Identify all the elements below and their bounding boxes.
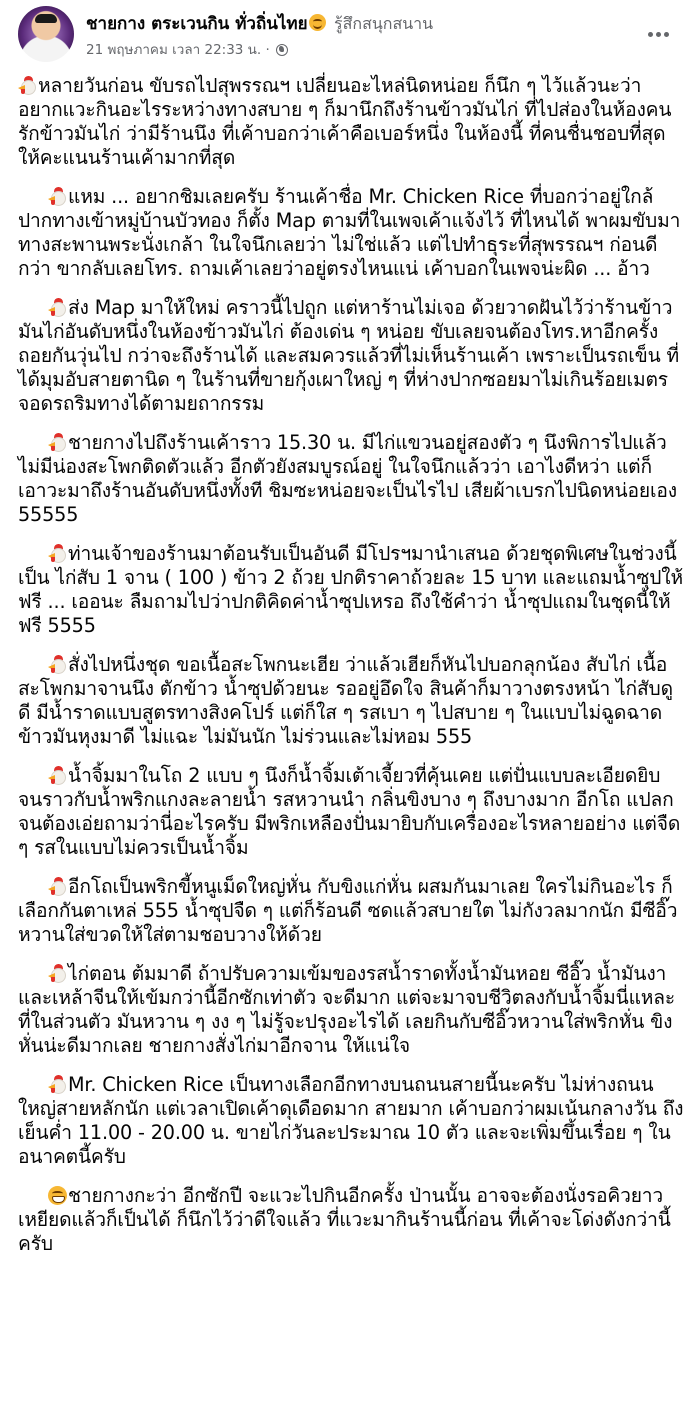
rooster-icon (48, 655, 67, 674)
post-paragraph: ไก่ตอน ต้มมาดี ถ้าปรับความเข้มของรสน้ำรา… (18, 962, 684, 1058)
post-paragraph: ชายกางไปถึงร้านเค้าราว 15.30 น. มีไก่แขว… (18, 431, 684, 527)
paragraph-text: ไก่ตอน ต้มมาดี ถ้าปรับความเข้มของรสน้ำรา… (18, 962, 675, 1057)
rooster-icon (48, 766, 67, 785)
post-meta: 21 พฤษภาคม เวลา 22:33 น. · (86, 38, 288, 60)
post-paragraph: Mr. Chicken Rice เป็นทางเลือกอีกทางบนถนน… (18, 1073, 684, 1169)
paragraph-text: ชายกางไปถึงร้านเค้าราว 15.30 น. มีไก่แขว… (18, 431, 677, 526)
post-paragraph: ชายกางกะว่า อีกซักปี จะแวะไปกินอีกครั้ง … (18, 1184, 684, 1256)
rooster-icon (48, 544, 67, 563)
globe-icon[interactable] (276, 44, 288, 56)
post-paragraph: หลายวันก่อน ขับรถไปสุพรรณฯ เปลี่ยนอะไหล่… (18, 74, 684, 170)
paragraph-text: ส่ง Map มาให้ใหม่ คราวนี้ไปถูก แต่หาร้าน… (18, 296, 679, 415)
paragraph-text: Mr. Chicken Rice เป็นทางเลือกอีกทางบนถนน… (18, 1073, 683, 1168)
dot-icon (664, 32, 669, 37)
rooster-icon (48, 298, 67, 317)
avatar-hair (35, 14, 57, 23)
post-paragraph: ท่านเจ้าของร้านมาต้อนรับเป็นอันดี มีโปรฯ… (18, 542, 684, 638)
paragraph-text: อีกโถเป็นพริกขี้หนูเม็ดใหญ่หั่น กับขิงแก… (18, 875, 677, 946)
author-name[interactable]: ชายกาง ตระเวนกิน ทั่วถิ่นไทย (86, 14, 308, 34)
rooster-icon (48, 964, 67, 983)
post-timestamp[interactable]: 21 พฤษภาคม เวลา 22:33 น. (86, 42, 261, 58)
feeling-text: รู้สึกสนุกสนาน (334, 14, 433, 33)
dot-icon (648, 32, 653, 37)
post-paragraph: อีกโถเป็นพริกขี้หนูเม็ดใหญ่หั่น กับขิงแก… (18, 875, 684, 947)
smiling-face-icon (309, 14, 326, 31)
rooster-icon (48, 877, 67, 896)
paragraph-text: ชายกางกะว่า อีกซักปี จะแวะไปกินอีกครั้ง … (18, 1184, 671, 1255)
paragraph-text: สั่งไปหนึ่งชุด ขอเนื้อสะโพกนะเฮีย ว่าแล้… (18, 653, 673, 748)
rooster-icon (18, 76, 37, 95)
paragraph-text: หลายวันก่อน ขับรถไปสุพรรณฯ เปลี่ยนอะไหล่… (18, 74, 671, 169)
author-line: ชายกาง ตระเวนกิน ทั่วถิ่นไทย รู้สึกสนุกส… (86, 10, 433, 37)
paragraph-text: น้ำจิ้มมาในโถ 2 แบบ ๆ นึงก็น้ำจิ้มเต้าเจ… (18, 764, 680, 859)
rooster-icon (48, 1075, 67, 1094)
paragraph-text: แหม ... อยากชิมเลยครับ ร้านเค้าชื่อ Mr. … (18, 185, 680, 280)
post-header: ชายกาง ตระเวนกิน ทั่วถิ่นไทย รู้สึกสนุกส… (0, 0, 700, 66)
grinning-face-icon (48, 1186, 67, 1205)
meta-separator: · (261, 42, 274, 58)
post-paragraph: แหม ... อยากชิมเลยครับ ร้านเค้าชื่อ Mr. … (18, 185, 684, 281)
dot-icon (656, 32, 661, 37)
post-paragraph: สั่งไปหนึ่งชุด ขอเนื้อสะโพกนะเฮีย ว่าแล้… (18, 653, 684, 749)
post-paragraph: ส่ง Map มาให้ใหม่ คราวนี้ไปถูก แต่หาร้าน… (18, 296, 684, 416)
facebook-post: ชายกาง ตระเวนกิน ทั่วถิ่นไทย รู้สึกสนุกส… (0, 0, 700, 1256)
paragraph-text: ท่านเจ้าของร้านมาต้อนรับเป็นอันดี มีโปรฯ… (18, 542, 683, 637)
post-paragraph: น้ำจิ้มมาในโถ 2 แบบ ๆ นึงก็น้ำจิ้มเต้าเจ… (18, 764, 684, 860)
rooster-icon (48, 187, 67, 206)
rooster-icon (48, 433, 67, 452)
post-body: หลายวันก่อน ขับรถไปสุพรรณฯ เปลี่ยนอะไหล่… (0, 66, 700, 1256)
more-options-button[interactable] (640, 22, 676, 46)
author-avatar[interactable] (18, 6, 74, 62)
